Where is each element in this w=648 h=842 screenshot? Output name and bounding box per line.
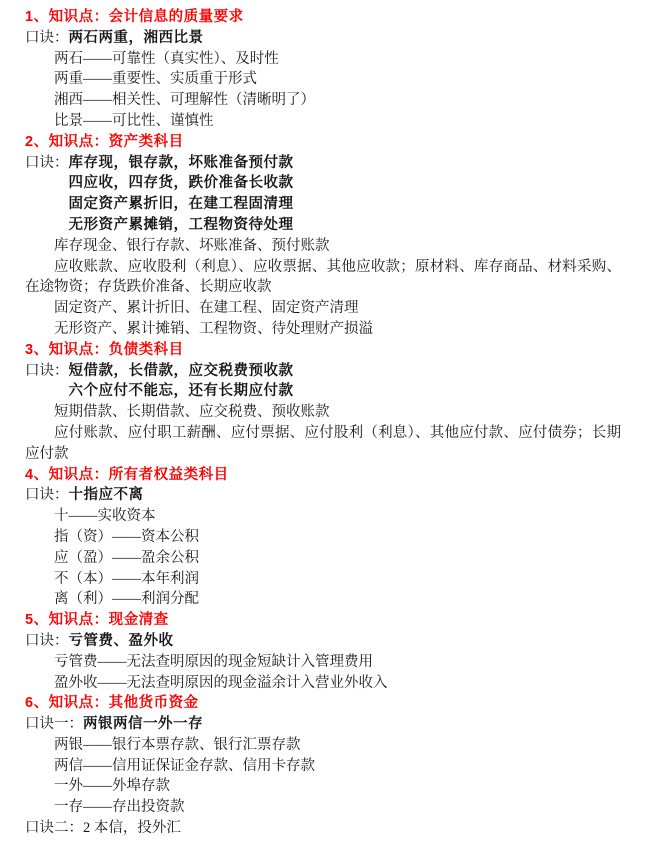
mnemonic-line: 口诀：十指应不离 [25,485,621,506]
mnemonic-label: 口诀： [25,155,69,171]
accounting-notes-document: 1、知识点：会计信息的质量要求口诀：两石两重，湘西比景两石——可靠性（真实性）、… [25,7,621,839]
mnemonic-line: 口诀：库存现，银存款，坏账准备预付款 [25,153,621,174]
definition-line: 两信——信用证保证金存款、信用卡存款 [25,756,621,777]
definition-line: 比景——可比性、谨慎性 [25,111,621,132]
mnemonic-label: 口诀： [25,30,69,46]
mnemonic-label: 口诀： [25,487,69,503]
mnemonic-continuation-line: 四应收，四存货，跌价准备长收款 [69,173,622,194]
definition-line: 离（利）——利润分配 [25,589,621,610]
definition-line: 应（盈）——盈余公积 [25,548,621,569]
definition-line: 短期借款、长期借款、应交税费、预收账款 [25,402,621,423]
mnemonic-continuation-line: 无形资产累摊销，工程物资待处理 [69,215,622,236]
mnemonic-label: 口诀： [25,633,69,649]
definition-line: 两银——银行本票存款、银行汇票存款 [25,735,621,756]
mnemonic-line: 口诀：短借款，长借款，应交税费预收款 [25,361,621,382]
definition-line: 亏管费——无法查明原因的现金短缺计入管理费用 [25,652,621,673]
document-page: 1、知识点：会计信息的质量要求口诀：两石两重，湘西比景两石——可靠性（真实性）、… [0,0,648,842]
definition-line: 十——实收资本 [25,506,621,527]
definition-line: 指（资）——资本公积 [25,527,621,548]
definition-line: 一存——存出投资款 [25,797,621,818]
definition-line: 库存现金、银行存款、坏账准备、预付账款 [25,236,621,257]
definition-line: 两重——重要性、实质重于形式 [25,69,621,90]
section-heading: 2、知识点：资产类科目 [25,132,621,153]
section-heading: 4、知识点：所有者权益类科目 [25,465,621,486]
definition-line: 两石——可靠性（真实性）、及时性 [25,49,621,70]
definition-line: 一外——外埠存款 [25,776,621,797]
definition-line: 盈外收——无法查明原因的现金溢余计入营业外收入 [25,673,621,694]
mnemonic-continuation-line: 六个应付不能忘，还有长期应付款 [69,381,622,402]
mnemonic-label: 口诀一： [25,716,83,732]
mnemonic-line: 口诀二：2 本信，投外汇 [25,818,621,839]
definition-line: 应付账款、应付职工薪酬、应付票据、应付股利（利息）、其他应付款、应付债券；长期应… [25,423,621,465]
mnemonic-text: 库存现，银存款，坏账准备预付款 [69,155,294,171]
mnemonic-line: 口诀一：两银两信一外一存 [25,714,621,735]
mnemonic-label: 口诀二： [25,820,83,836]
mnemonic-continuation-line: 固定资产累折旧，在建工程固清理 [69,194,622,215]
definition-line: 应收账款、应收股利（利息）、应收票据、其他应收款；原材料、库存商品、材料采购、在… [25,257,621,299]
section-heading: 3、知识点：负债类科目 [25,340,621,361]
mnemonic-line: 口诀：亏管费、盈外收 [25,631,621,652]
definition-line: 固定资产、累计折旧、在建工程、固定资产清理 [25,298,621,319]
mnemonic-line: 口诀：两石两重，湘西比景 [25,28,621,49]
definition-line: 不（本）——本年利润 [25,569,621,590]
mnemonic-text: 十指应不离 [69,487,144,503]
mnemonic-text: 2 本信，投外汇 [83,820,181,836]
section-heading: 6、知识点：其他货币资金 [25,693,621,714]
definition-line: 无形资产、累计摊销、工程物资、待处理财产损溢 [25,319,621,340]
section-heading: 5、知识点：现金清查 [25,610,621,631]
section-heading: 1、知识点：会计信息的质量要求 [25,7,621,28]
mnemonic-text: 亏管费、盈外收 [69,633,174,649]
mnemonic-text: 两石两重，湘西比景 [69,30,204,46]
definition-line: 湘西——相关性、可理解性（清晰明了） [25,90,621,111]
mnemonic-label: 口诀： [25,363,69,379]
mnemonic-text: 短借款，长借款，应交税费预收款 [69,363,294,379]
mnemonic-text: 两银两信一外一存 [83,716,203,732]
